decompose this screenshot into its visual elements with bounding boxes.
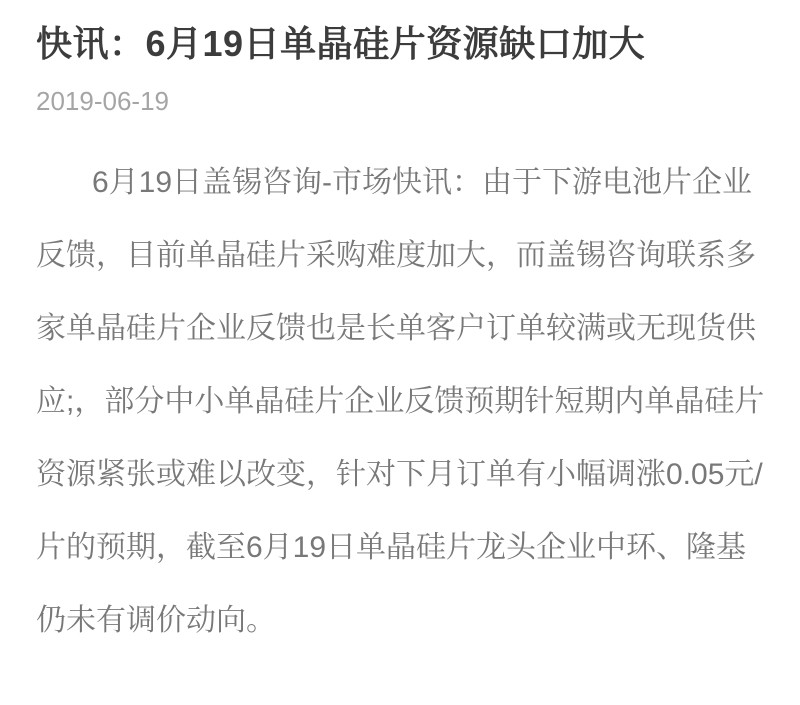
article-text-line: 家单晶硅片企业反馈也是长单客户订单较满或无现货供: [36, 292, 764, 365]
article-text-line: 仍未有调价动向。: [36, 584, 764, 657]
article-page: 快讯：6月19日单晶硅片资源缺口加大 2019-06-19 6月19日盖锡咨询-…: [0, 0, 800, 705]
article-body: 6月19日盖锡咨询-市场快讯：由于下游电池片企业 反馈，目前单晶硅片采购难度加大…: [36, 146, 764, 657]
article-text-line: 片的预期，截至6月19日单晶硅片龙头企业中环、隆基: [36, 511, 764, 584]
article-text-line: 反馈，目前单晶硅片采购难度加大，而盖锡咨询联系多: [36, 219, 764, 292]
article-text-line: 应;，部分中小单晶硅片企业反馈预期针短期内单晶硅片: [36, 365, 764, 438]
article-text-line: 6月19日盖锡咨询-市场快讯：由于下游电池片企业: [36, 146, 764, 219]
article-text-line: 资源紧张或难以改变，针对下月订单有小幅调涨0.05元/: [36, 438, 764, 511]
article-title: 快讯：6月19日单晶硅片资源缺口加大: [36, 0, 764, 66]
article-date: 2019-06-19: [36, 86, 764, 116]
